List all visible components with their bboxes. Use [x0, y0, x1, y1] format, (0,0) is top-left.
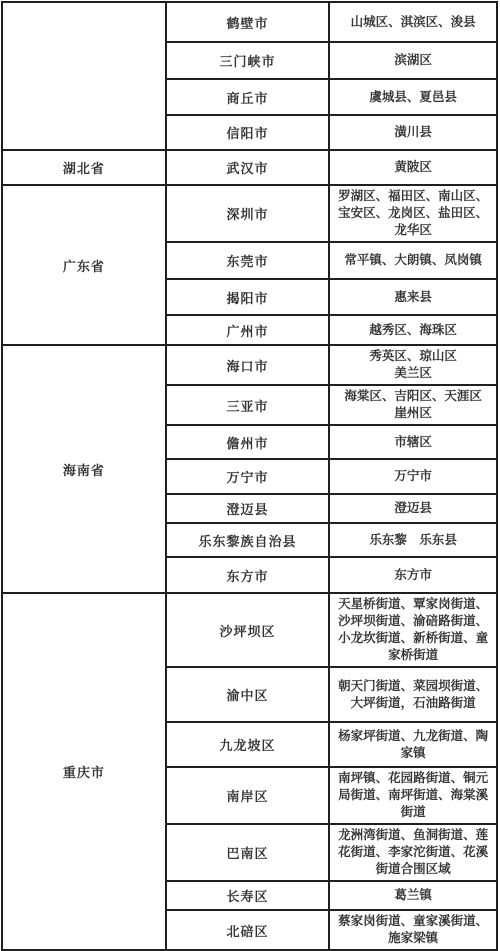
districts-cell: 葛兰镇 — [329, 881, 497, 910]
districts-cell: 越秀区、海珠区 — [329, 315, 497, 345]
districts-cell: 朝天门街道、菜园坝街道、大坪街道，石油路街道 — [329, 667, 497, 722]
table-row: 广东省深圳市罗湖区、福田区、南山区、宝安区、龙岗区、盐田区、龙华区 — [2, 185, 497, 242]
table-row: 湖北省武汉市黄陂区 — [2, 150, 497, 185]
city-cell: 三亚市 — [166, 385, 330, 425]
districts-cell: 山城区、淇滨区、浚县 — [329, 2, 497, 42]
city-cell: 乐东黎族自治县 — [166, 523, 330, 557]
districts-cell: 万宁市 — [329, 459, 497, 494]
city-cell: 南岸区 — [166, 767, 330, 824]
city-cell: 信阳市 — [166, 115, 330, 150]
districts-cell: 常平镇、大朗镇、凤岗镇 — [329, 242, 497, 279]
districts-cell: 海棠区、吉阳区、天涯区 崖州区 — [329, 385, 497, 425]
districts-cell: 蔡家岗街道、童家溪街道、施家梁镇 — [329, 910, 497, 950]
province-cell: 海南省 — [2, 345, 166, 593]
districts-cell: 杨家坪街道、九龙街道、陶家镇 — [329, 722, 497, 767]
districts-cell: 虞城县、夏邑县 — [329, 79, 497, 115]
city-cell: 东莞市 — [166, 242, 330, 279]
city-cell: 武汉市 — [166, 150, 330, 185]
districts-cell: 潢川县 — [329, 115, 497, 150]
city-cell: 深圳市 — [166, 185, 330, 242]
districts-cell: 天星桥街道、覃家岗街道、沙坪坝街道、渝碚路街道、小龙坎街道、新桥街道、童家桥街道 — [329, 593, 497, 667]
city-cell: 海口市 — [166, 345, 330, 385]
region-table-body: 鹤壁市山城区、淇滨区、浚县三门峡市滨湖区商丘市虞城县、夏邑县信阳市潢川县湖北省武… — [2, 2, 497, 950]
city-cell: 广州市 — [166, 315, 330, 345]
city-cell: 揭阳市 — [166, 279, 330, 315]
city-cell: 儋州市 — [166, 425, 330, 459]
city-cell: 三门峡市 — [166, 42, 330, 79]
city-cell: 沙坪坝区 — [166, 593, 330, 667]
table-row: 鹤壁市山城区、淇滨区、浚县 — [2, 2, 497, 42]
city-cell: 北碚区 — [166, 910, 330, 950]
city-cell: 商丘市 — [166, 79, 330, 115]
city-cell: 万宁市 — [166, 459, 330, 494]
districts-cell: 罗湖区、福田区、南山区、宝安区、龙岗区、盐田区、龙华区 — [329, 185, 497, 242]
city-cell: 澄迈县 — [166, 494, 330, 523]
city-cell: 巴南区 — [166, 824, 330, 881]
city-cell: 渝中区 — [166, 667, 330, 722]
districts-cell: 惠来县 — [329, 279, 497, 315]
districts-cell: 龙洲湾街道、鱼洞街道、莲花街道、李家沱街道、花溪街道合围区域 — [329, 824, 497, 881]
province-cell — [2, 2, 166, 150]
city-cell: 九龙坡区 — [166, 722, 330, 767]
province-cell: 重庆市 — [2, 593, 166, 950]
districts-cell: 秀英区、琼山区 美兰区 — [329, 345, 497, 385]
table-row: 海南省海口市秀英区、琼山区 美兰区 — [2, 345, 497, 385]
districts-cell: 东方市 — [329, 557, 497, 593]
province-cell: 湖北省 — [2, 150, 166, 185]
city-cell: 长寿区 — [166, 881, 330, 910]
city-cell: 东方市 — [166, 557, 330, 593]
districts-cell: 澄迈县 — [329, 494, 497, 523]
region-table: 鹤壁市山城区、淇滨区、浚县三门峡市滨湖区商丘市虞城县、夏邑县信阳市潢川县湖北省武… — [1, 1, 498, 951]
districts-cell: 黄陂区 — [329, 150, 497, 185]
page: 鹤壁市山城区、淇滨区、浚县三门峡市滨湖区商丘市虞城县、夏邑县信阳市潢川县湖北省武… — [0, 0, 500, 939]
province-cell: 广东省 — [2, 185, 166, 345]
districts-cell: 乐东黎 乐东县 — [329, 523, 497, 557]
districts-cell: 市辖区 — [329, 425, 497, 459]
table-row: 重庆市沙坪坝区天星桥街道、覃家岗街道、沙坪坝街道、渝碚路街道、小龙坎街道、新桥街… — [2, 593, 497, 667]
districts-cell: 滨湖区 — [329, 42, 497, 79]
city-cell: 鹤壁市 — [166, 2, 330, 42]
districts-cell: 南坪镇、花园路街道、铜元局街道、南坪街道、海棠溪街道 — [329, 767, 497, 824]
